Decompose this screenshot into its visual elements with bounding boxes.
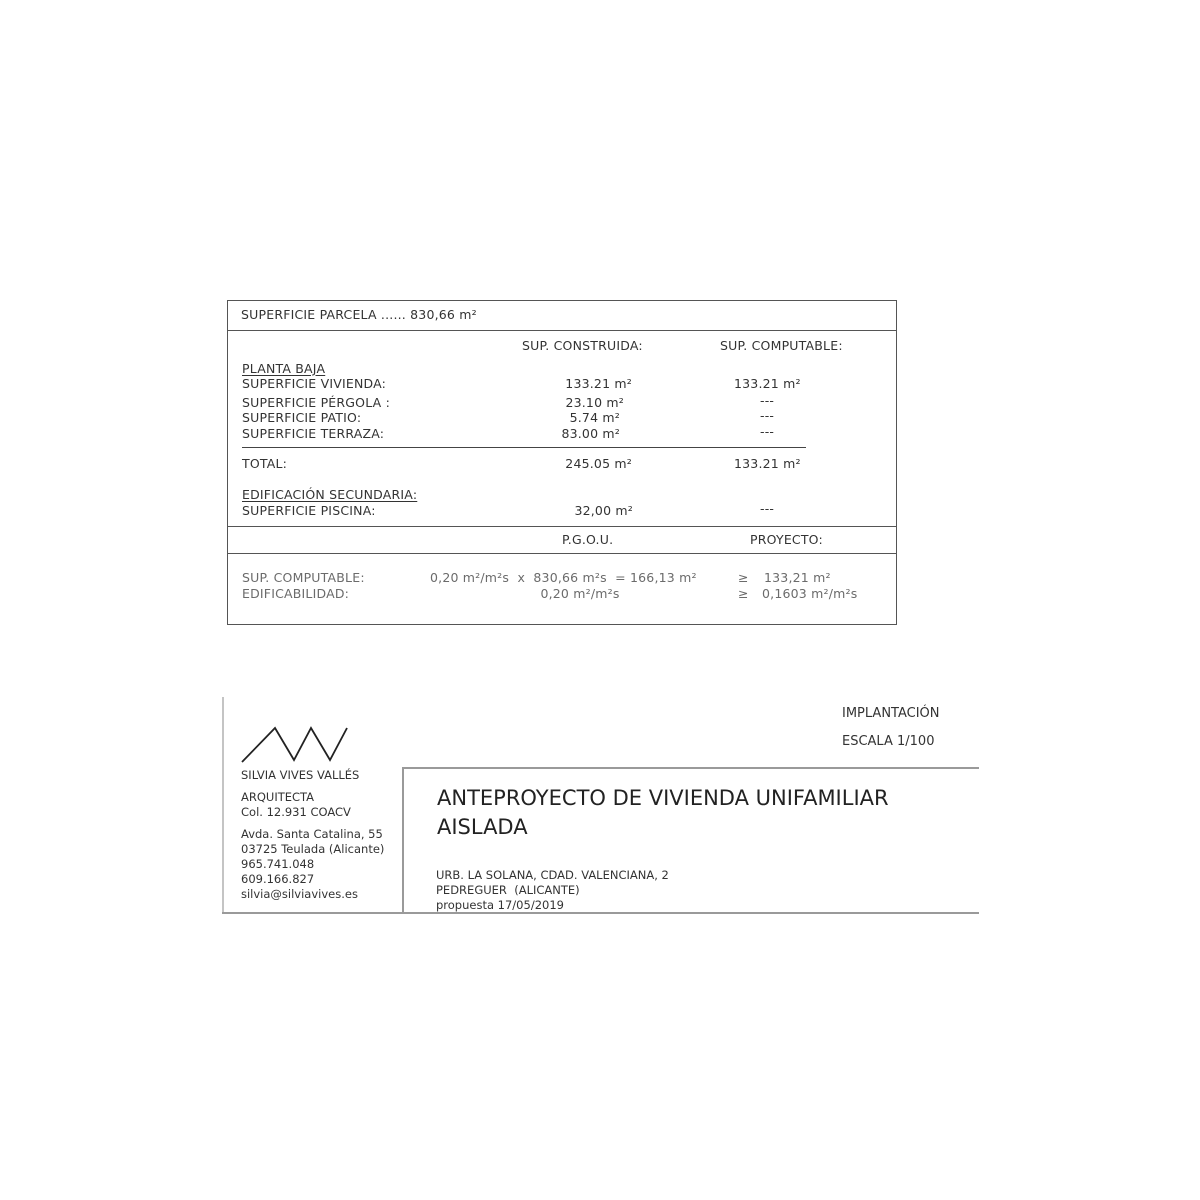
row-built: 133.21 m²	[520, 376, 632, 391]
project-title-line-2: AISLADA	[437, 815, 528, 839]
parcel-area: SUPERFICIE PARCELA ...... 830,66 m²	[241, 307, 477, 322]
row-computable: 133.21 m²	[734, 376, 801, 391]
architect-phone-1: 965.741.048	[241, 857, 314, 871]
ground-floor-heading: PLANTA BAJA	[242, 361, 325, 376]
architect-college: Col. 12.931 COACV	[241, 805, 351, 819]
project-title-line-1: ANTEPROYECTO DE VIVIENDA UNIFAMILIAR	[437, 786, 889, 810]
compliance-project: 133,21 m²	[764, 570, 831, 585]
row-label: SUPERFICIE VIVIENDA:	[242, 376, 386, 391]
compliance-pgou: 0,20 m²/m²s x 830,66 m²s = 166,13 m²	[430, 570, 697, 585]
row-built: 32,00 m²	[520, 503, 633, 518]
row-label: SUPERFICIE PÉRGOLA :	[242, 395, 390, 410]
total-computable: 133.21 m²	[734, 456, 801, 471]
header-built-area: SUP. CONSTRUIDA:	[522, 338, 643, 353]
architect-address-2: 03725 Teulada (Alicante)	[241, 842, 384, 856]
row-built: 5.74 m²	[520, 410, 620, 425]
compliance-project: 0,1603 m²/m²s	[762, 586, 857, 601]
project-location-1: URB. LA SOLANA, CDAD. VALENCIANA, 2	[436, 868, 669, 882]
project-box-top-border	[402, 767, 979, 769]
title-block-left-border	[222, 697, 224, 914]
project-date: propuesta 17/05/2019	[436, 898, 564, 912]
architect-email: silvia@silviavives.es	[241, 887, 358, 901]
total-rule	[242, 447, 806, 448]
total-built: 245.05 m²	[520, 456, 632, 471]
title-block-bottom-border	[222, 912, 979, 914]
table-divider-secondary	[227, 526, 897, 527]
sheet-name: IMPLANTACIÓN	[842, 706, 940, 721]
compliance-label: SUP. COMPUTABLE:	[242, 570, 365, 585]
row-built: 23.10 m²	[520, 395, 624, 410]
header-computable-area: SUP. COMPUTABLE:	[720, 338, 843, 353]
row-label: SUPERFICIE PATIO:	[242, 410, 361, 425]
secondary-building-heading: EDIFICACIÓN SECUNDARIA:	[242, 487, 417, 502]
architect-role: ARQUITECTA	[241, 790, 314, 804]
project-location-2: PEDREGUER (ALICANTE)	[436, 883, 580, 897]
sheet-scale: ESCALA 1/100	[842, 734, 934, 749]
compliance-pgou: 0,20 m²/m²s	[490, 586, 670, 601]
row-label: SUPERFICIE PISCINA:	[242, 503, 376, 518]
row-computable: ---	[760, 501, 774, 516]
row-computable: ---	[760, 393, 774, 408]
row-built: 83.00 m²	[520, 426, 620, 441]
header-pgou: P.G.O.U.	[562, 532, 613, 547]
architect-name: SILVIA VIVES VALLÉS	[241, 768, 359, 782]
architect-phone-2: 609.166.827	[241, 872, 314, 886]
row-computable: ---	[760, 424, 774, 439]
project-box-left-border	[402, 767, 404, 913]
row-computable: ---	[760, 408, 774, 423]
total-label: TOTAL:	[242, 456, 287, 471]
svv-zigzag-logo-icon	[235, 722, 355, 766]
compliance-symbol: ≥	[738, 570, 749, 585]
table-divider-compliance	[227, 553, 897, 554]
compliance-symbol: ≥	[738, 586, 749, 601]
compliance-label: EDIFICABILIDAD:	[242, 586, 349, 601]
architect-address-1: Avda. Santa Catalina, 55	[241, 827, 383, 841]
row-label: SUPERFICIE TERRAZA:	[242, 426, 384, 441]
table-divider-parcel	[227, 330, 897, 331]
header-project: PROYECTO:	[750, 532, 823, 547]
